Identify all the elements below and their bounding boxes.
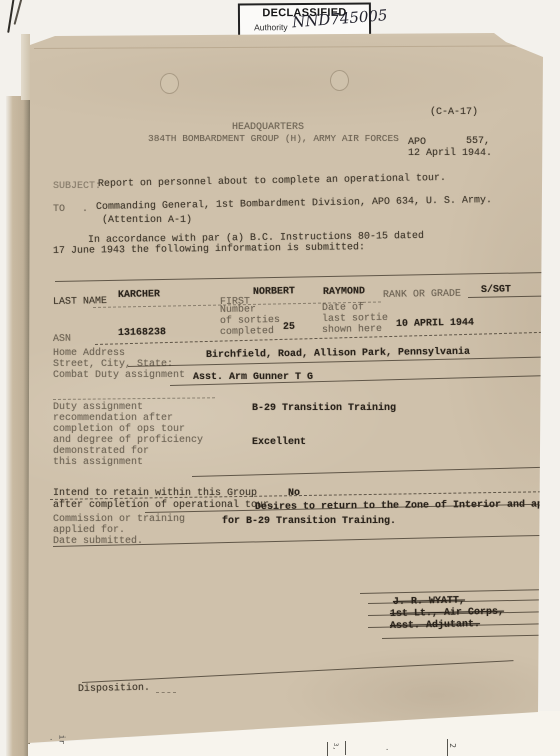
attention-line: (Attention A-1) [102,215,192,226]
unit-line: 384TH BOMBARDMENT GROUP (H), ARMY AIR FO… [148,133,399,144]
middle-name-value: RAYMOND [323,286,365,298]
sorties-label-line-1: Number [220,304,256,316]
to-separator: . [82,204,88,215]
duty-label-line-2: recommendation after [53,413,173,424]
asn-label: ASN [53,334,71,345]
duty-label-line-5: demonstrated for [53,446,149,457]
duty-recommendation-value: B-29 Transition Training [252,403,396,414]
retain-answer: No [288,488,300,499]
first-name-value: NORBERT [253,286,295,298]
signature-name: J. R. WYATT, [393,595,465,608]
sorties-value: 25 [283,322,295,333]
underline [156,692,176,693]
duty-label-line-3: completion of ops tour [53,424,185,435]
binding-hole [330,70,349,91]
duty-label-line-6: this assignment [53,457,143,468]
rank-label: RANK OR GRADE [383,289,461,301]
sortie-date-label-line-3: shown here [322,324,382,336]
apo-label: APO [408,137,426,148]
page-stack-top-edge [21,34,30,100]
rank-value: S/SGT [481,284,511,296]
corner-reference: (C-A-17) [430,107,478,118]
combat-duty-label: Combat Duty assignment [53,370,185,381]
underlay-rule-line [327,742,328,756]
headquarters-line: HEADQUARTERS [232,122,304,133]
subject-label: SUBJECT: [53,181,101,192]
document-page: (C-A-17) HEADQUARTERS 384TH BOMBARDMENT … [0,0,560,756]
sortie-date-label-line-1: Date of [322,302,364,314]
sortie-date-value: 10 APRIL 1944 [396,318,474,330]
apo-number: 557, [466,136,490,147]
underlay-rule-line [345,741,346,755]
to-label: TO [53,204,65,215]
commission-label-line-2: applied for. [53,525,125,536]
underlay-page-number: 2 [450,741,455,750]
underlay-text-fragment: ir [57,735,67,744]
underlay-text-fragment: 3, [332,743,339,750]
home-address-label-line-1: Home Address [53,348,125,359]
binding-thread [14,0,22,25]
date-line: 12 April 1944. [408,148,492,159]
disposition-label: Disposition. [78,683,150,695]
binding-thread [7,0,15,33]
declassified-stamp: DECLASSIFIED Authority NND745005 [238,3,371,39]
scanned-document-photo: { "stamp": { "title": "DECLASSIFIED", "a… [0,0,560,756]
signature-title: Asst. Adjutant. [390,619,480,632]
duty-label-line-4: and degree of proficiency [53,435,203,446]
proficiency-value: Excellent [252,437,306,448]
binding-hole [160,73,179,94]
commission-answer-line-2: for B-29 Transition Training. [222,516,396,527]
underlay-mark: · [385,746,389,754]
duty-label-line-1: Duty assignment [53,402,143,413]
page-stack-edge [6,96,30,756]
commission-label-line-1: Commission or training [53,514,185,525]
last-name-value: KARCHER [118,289,160,301]
sorties-label-line-3: completed [220,326,274,338]
underlay-mark: · [49,736,53,744]
asn-value: 13168238 [118,327,166,339]
stamp-authority-label: Authority [254,22,288,32]
